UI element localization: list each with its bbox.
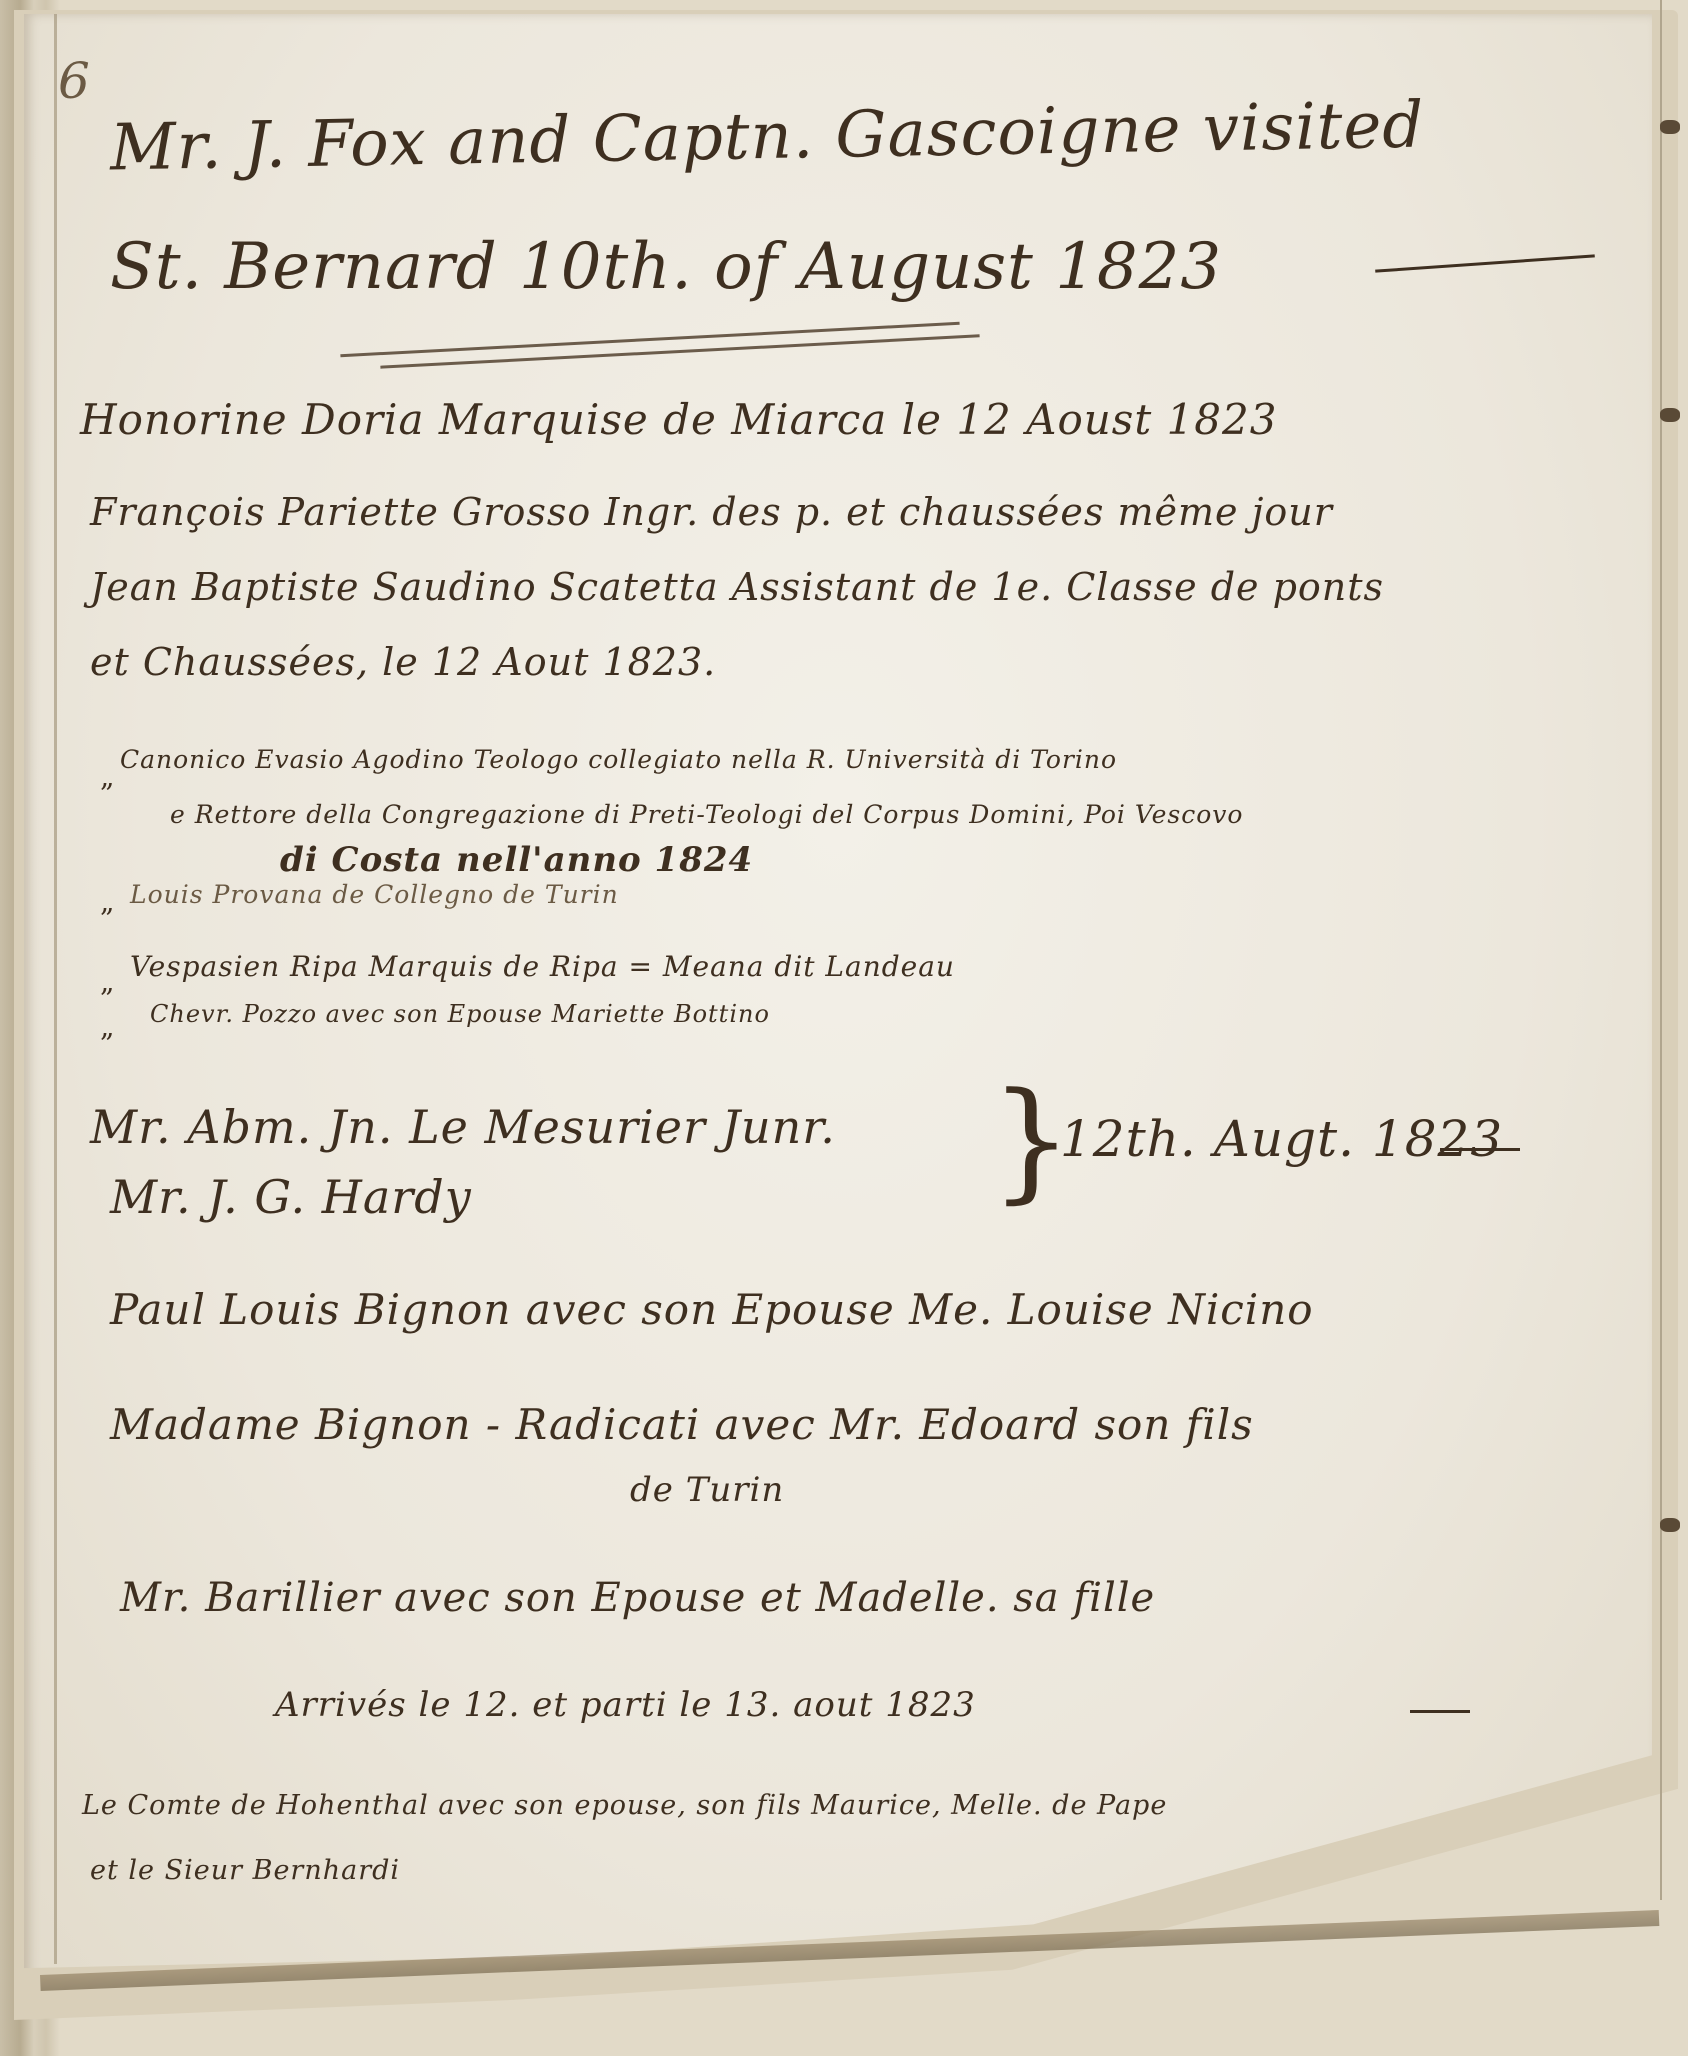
entry-line: Paul Louis Bignon avec son Epouse Me. Lo… [110, 1285, 1314, 1334]
entry-line: Louis Provana de Collegno de Turin [130, 880, 619, 909]
entry-line: Arrivés le 12. et parti le 13. aout 1823 [275, 1685, 976, 1725]
entry-line: Mr. Barillier avec son Epouse et Madelle… [120, 1575, 1155, 1621]
entry-line: Le Comte de Hohenthal avec son epouse, s… [82, 1790, 1167, 1821]
ditto-mark: „ [100, 965, 115, 998]
entry-line: e Rettore della Congregazione di Preti-T… [170, 800, 1243, 829]
entry-line: et Chaussées, le 12 Aout 1823. [90, 640, 716, 684]
page-marker: 6 [58, 52, 91, 110]
entry-line: Vespasien Ripa Marquis de Ripa = Meana d… [130, 950, 955, 983]
entry-line: Mr. Abm. Jn. Le Mesurier Junr. [90, 1100, 836, 1154]
entry-line: Jean Baptiste Saudino Scatetta Assistant… [90, 565, 1384, 609]
binding-line [54, 14, 57, 1964]
entry-line-annotation: di Costa nell'anno 1824 [280, 840, 753, 880]
ditto-mark: „ [100, 885, 115, 918]
entry-line: Chevr. Pozzo avec son Epouse Mariette Bo… [150, 1000, 770, 1028]
ditto-mark: „ [100, 760, 115, 793]
entry-line: Canonico Evasio Agodino Teologo collegia… [120, 745, 1117, 774]
entry-dash [1410, 1710, 1470, 1713]
heading-line-2: St. Bernard 10th. of August 1823 [110, 230, 1222, 304]
entry-line: François Pariette Grosso Ingr. des p. et… [90, 490, 1333, 534]
entry-line: Mr. J. G. Hardy [110, 1170, 472, 1224]
entry-line: Honorine Doria Marquise de Miarca le 12 … [80, 395, 1277, 444]
entry-line: de Turin [630, 1470, 784, 1510]
bracket-date: 12th. Augt. 1823 [1060, 1110, 1503, 1168]
bracket-date-dash [1440, 1148, 1520, 1151]
ditto-mark: „ [100, 1010, 115, 1043]
binding-thread-mark [1660, 1518, 1680, 1532]
binding-thread-mark [1660, 120, 1680, 134]
entry-line: Madame Bignon - Radicati avec Mr. Edoard… [110, 1400, 1254, 1449]
page-right-edge [1660, 0, 1662, 1900]
entry-line: et le Sieur Bernhardi [90, 1855, 400, 1886]
binding-thread-mark [1660, 408, 1680, 422]
